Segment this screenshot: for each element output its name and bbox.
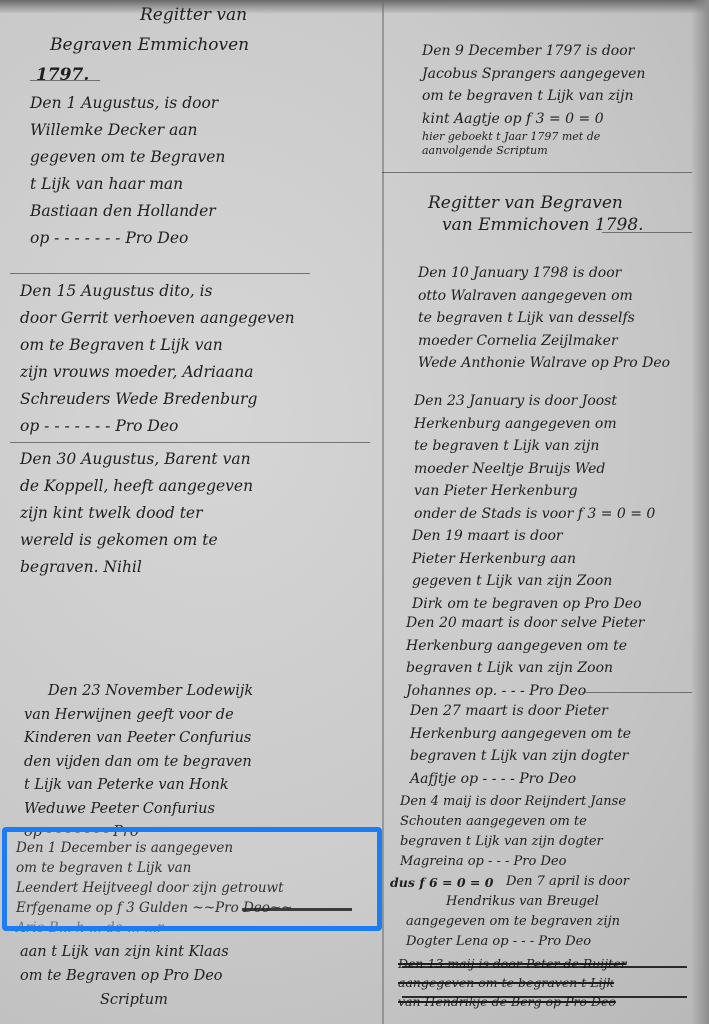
heading-line-1: Regitter van: [140, 2, 247, 28]
strikethrough-mark: [402, 966, 687, 968]
entry-line: t Lijk van haar man: [30, 171, 225, 198]
entry-2: Den 15 Augustus dito, is door Gerrit ver…: [20, 278, 295, 440]
underline-rule: [602, 232, 692, 233]
entry-line: Dogter Lena op - - - Pro Deo: [406, 932, 629, 952]
entry-line: Herkenburg aangegeven om te: [406, 635, 644, 658]
entry-line: van Hendrikje de Berg op Pro Deo: [398, 992, 627, 1011]
entry-separator: [10, 442, 370, 443]
entry-line: Den 13 maij is door Peter de Ruijter: [398, 954, 627, 973]
register-page: Regitter van Begraven Emmichoven 1797. D…: [0, 0, 709, 1024]
entry-line: Jacobus Sprangers aangegeven: [422, 63, 645, 86]
entry-line: gegeven om te Begraven: [30, 144, 225, 171]
entry-line: Den 9 December 1797 is door: [422, 40, 645, 63]
entry-line: om te Begraven op Pro Deo: [20, 964, 229, 988]
column-divider: [382, 0, 384, 1024]
entry-line: Den 15 Augustus dito, is: [20, 278, 295, 305]
entry-r2: Den 23 January is door Joost Herkenburg …: [414, 390, 655, 525]
entry-line: op - - - - - - - Pro Deo: [20, 413, 295, 440]
entry-r4: Den 20 maart is door selve Pieter Herken…: [406, 612, 644, 702]
entry-line: Den 4 maij is door Reijndert Janse: [400, 792, 626, 812]
entry-line: begraven. Nihil: [20, 554, 253, 581]
entry-line: otto Walraven aangegeven om: [418, 285, 670, 308]
entry-separator: [10, 273, 310, 274]
entry-line: aangegeven om te begraven zijn: [406, 912, 629, 932]
entry-line: Aafjtje op - - - - Pro Deo: [410, 768, 631, 791]
entry-line: Wede Anthonie Walrave op Pro Deo: [418, 352, 670, 375]
entry-line: om te begraven t Lijk van zijn: [422, 85, 645, 108]
entry-line: hier geboekt t Jaar 1797 met de: [422, 130, 645, 144]
entry-line: Den 7 april is door: [406, 872, 629, 892]
entry-line: begraven t Lijk van zijn dogter: [400, 832, 626, 852]
entry-line: Den 10 January 1798 is door: [418, 262, 670, 285]
heading-year: 1797.: [36, 62, 89, 88]
entry-line: Den 30 Augustus, Barent van: [20, 446, 253, 473]
entry-line: Weduwe Peeter Confurius: [24, 798, 253, 822]
entry-3: Den 30 Augustus, Barent van de Koppell, …: [20, 446, 253, 581]
entry-line: zijn vrouws moeder, Adriaana: [20, 359, 295, 386]
entry-line: Den 1 Augustus, is door: [30, 90, 225, 117]
entry-r3: Den 19 maart is door Pieter Herkenburg a…: [412, 525, 642, 615]
entry-line: kint Aagtje op f 3 = 0 = 0: [422, 108, 645, 131]
entry-line: Pieter Herkenburg aan: [412, 548, 642, 571]
entry-line: Johannes op. - - - Pro Deo: [406, 680, 644, 703]
entry-line: moeder Cornelia Zeijlmaker: [418, 330, 670, 353]
entry-r7: Den 7 april is door Hendrikus van Breuge…: [406, 872, 629, 952]
entry-line: Den 20 maart is door selve Pieter: [406, 612, 644, 635]
entry-line: van Herwijnen geeft voor de: [24, 704, 253, 728]
entry-line: gegeven t Lijk van zijn Zoon: [412, 570, 642, 593]
entry-6: aan t Lijk van zijn kint Klaas om te Beg…: [20, 940, 229, 1012]
entry-line: Magreina op - - - Pro Deo: [400, 852, 626, 872]
entry-r6: Den 4 maij is door Reijndert Janse Schou…: [400, 792, 626, 872]
entry-line: onder de Stads is voor f 3 = 0 = 0: [414, 503, 655, 526]
entry-line: door Gerrit verhoeven aangegeven: [20, 305, 295, 332]
selection-highlight[interactable]: [2, 827, 382, 931]
entry-line: wereld is gekomen om te: [20, 527, 253, 554]
entry-line: Bastiaan den Hollander: [30, 198, 225, 225]
entry-line: Willemke Decker aan: [30, 117, 225, 144]
entry-line: t Lijk van Peterke van Honk: [24, 774, 253, 798]
entry-line: aanvolgende Scriptum: [422, 144, 645, 158]
strikethrough-mark: [402, 996, 687, 998]
entry-4: Den 23 November Lodewijk van Herwijnen g…: [24, 680, 253, 845]
right-column: Den 9 December 1797 is door Jacobus Spra…: [392, 0, 697, 1024]
entry-line: Schreuders Wede Bredenburg: [20, 386, 295, 413]
entry-line: te begraven t Lijk van desselfs: [418, 307, 670, 330]
entry-line: de Koppell, heeft aangegeven: [20, 473, 253, 500]
entry-line: van Pieter Herkenburg: [414, 480, 655, 503]
entry-r8-struck: Den 13 maij is door Peter de Ruijter aan…: [398, 954, 627, 1011]
entry-r1: Den 10 January 1798 is door otto Walrave…: [418, 262, 670, 375]
entry-line: Den 27 maart is door Pieter: [410, 700, 631, 723]
entry-line: moeder Neeltje Bruijs Wed: [414, 458, 655, 481]
entry-separator: [382, 172, 692, 173]
entry-r0: Den 9 December 1797 is door Jacobus Spra…: [422, 40, 645, 158]
entry-line: Den 19 maart is door: [412, 525, 642, 548]
entry-line: aangegeven om te begraven t Lijk: [398, 973, 627, 992]
underline-rule: [582, 692, 692, 693]
entry-line: Schouten aangegeven om te: [400, 812, 626, 832]
entry-line: begraven t Lijk van zijn dogter: [410, 745, 631, 768]
entry-line: te begraven t Lijk van zijn: [414, 435, 655, 458]
entry-r5: Den 27 maart is door Pieter Herkenburg a…: [410, 700, 631, 790]
entry-line: zijn kint twelk dood ter: [20, 500, 253, 527]
entry-1: Den 1 Augustus, is door Willemke Decker …: [30, 90, 225, 252]
entry-line: aan t Lijk van zijn kint Klaas: [20, 940, 229, 964]
entry-line: Den 23 November Lodewijk: [24, 680, 253, 704]
heading-line-2: Begraven Emmichoven: [50, 32, 249, 58]
entry-line: Herkenburg aangegeven om: [414, 413, 655, 436]
underline-rule: [30, 80, 100, 81]
entry-line: Hendrikus van Breugel: [406, 892, 629, 912]
entry-line: begraven t Lijk van zijn Zoon: [406, 657, 644, 680]
entry-line: Den 23 January is door Joost: [414, 390, 655, 413]
entry-line: Scriptum: [20, 988, 229, 1012]
heading-1798-line-2: van Emmichoven 1798.: [442, 212, 644, 238]
entry-line: Kinderen van Peeter Confurius: [24, 727, 253, 751]
entry-line: op - - - - - - - Pro Deo: [30, 225, 225, 252]
entry-line: Herkenburg aangegeven om te: [410, 723, 631, 746]
entry-line: om te Begraven t Lijk van: [20, 332, 295, 359]
entry-line: den vijden dan om te begraven: [24, 751, 253, 775]
